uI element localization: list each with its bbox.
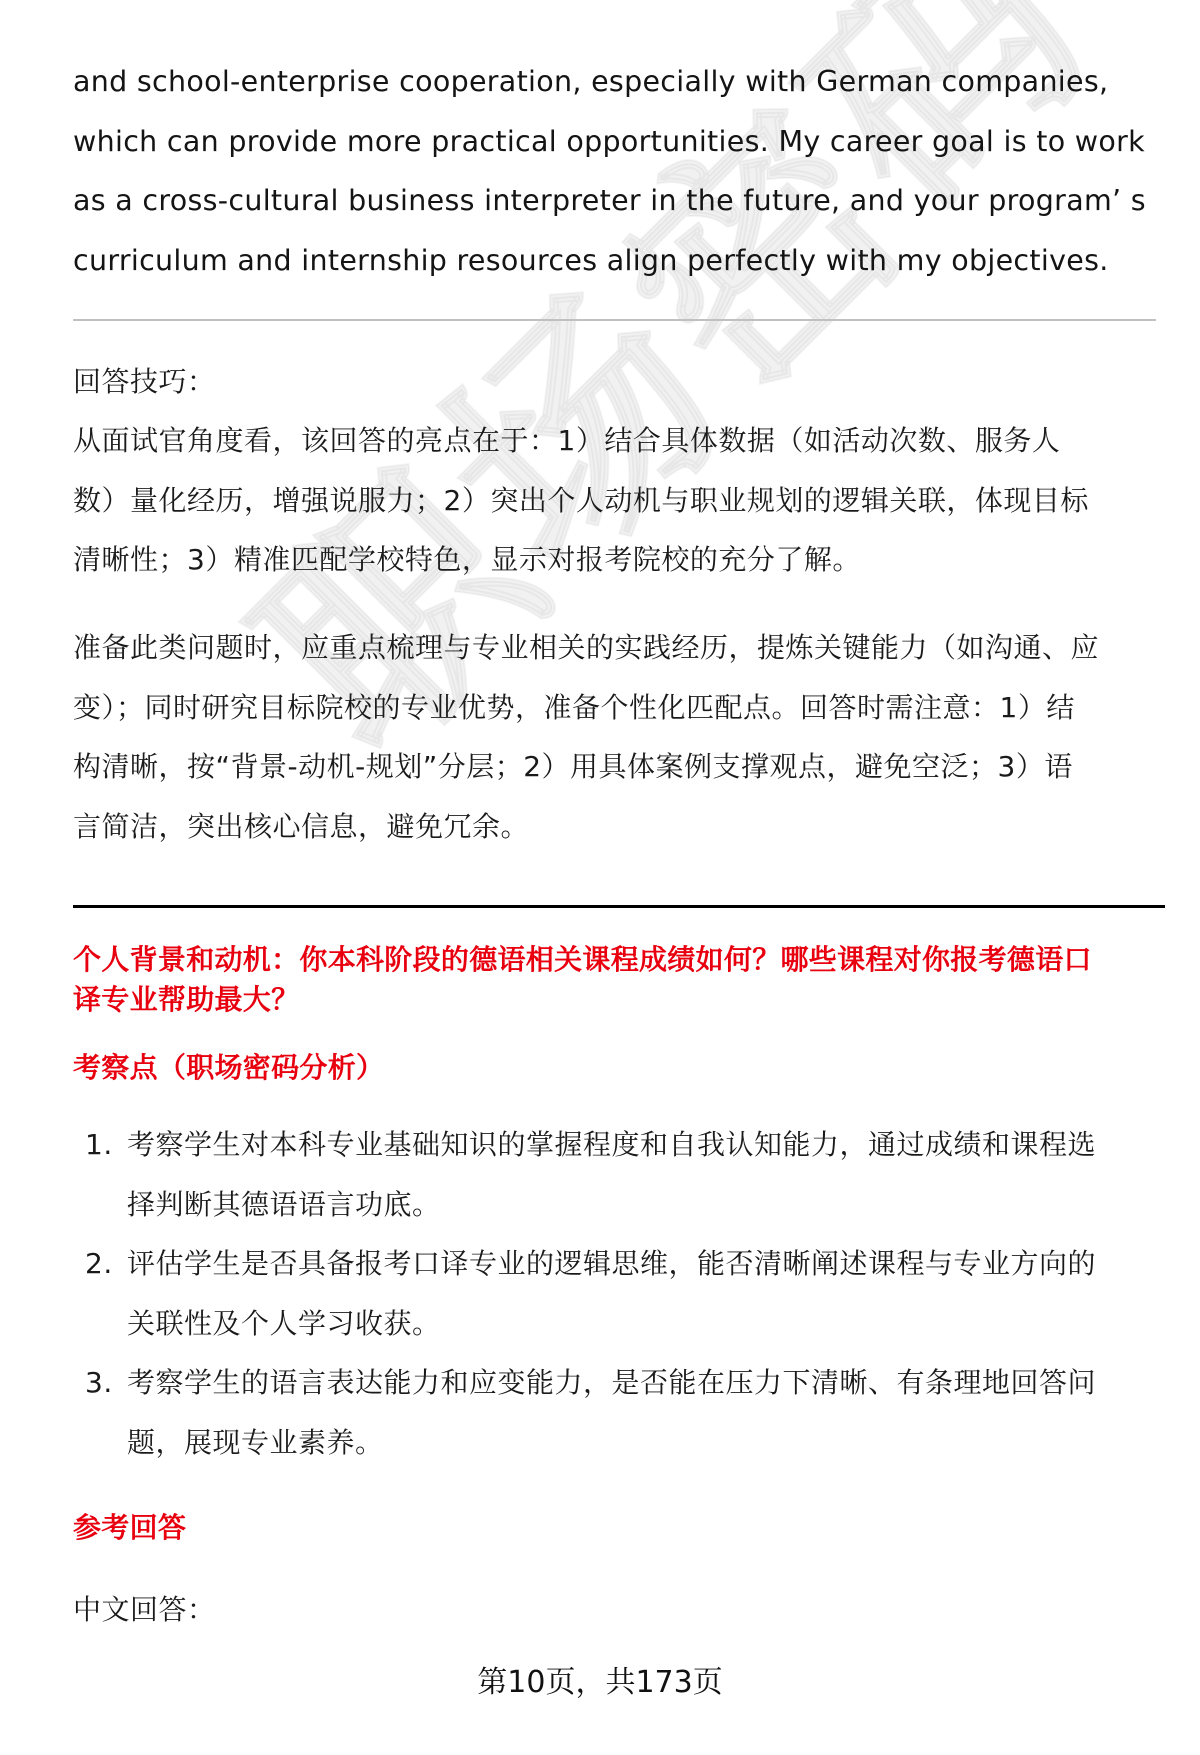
assessment-list: 1. 考察学生对本科专业基础知识的掌握程度和自我认知能力，通过成绩和课程选 择判… <box>73 1115 1165 1472</box>
reference-answer-heading: 参考回答 <box>73 1508 186 1548</box>
text-line: 从面试官角度看，该回答的亮点在于：1）结合具体数据（如活动次数、服务人 <box>73 411 1089 471</box>
tips-paragraph-2: 准备此类问题时，应重点梳理与专业相关的实践经历，提炼关键能力（如沟通、应 变）；… <box>73 618 1099 856</box>
tips-paragraph-1: 从面试官角度看，该回答的亮点在于：1）结合具体数据（如活动次数、服务人 数）量化… <box>73 411 1089 590</box>
text-line: 清晰性；3）精准匹配学校特色，显示对报考院校的充分了解。 <box>73 530 1089 590</box>
text-line: as a cross-cultural business interpreter… <box>73 171 1163 231</box>
question-divider <box>73 905 1165 908</box>
list-item: 2. 评估学生是否具备报考口译专业的逻辑思维，能否清晰阐述课程与专业方向的 关联… <box>73 1234 1165 1353</box>
text-line: 关联性及个人学习收获。 <box>127 1294 1165 1354</box>
text-line: and school-enterprise cooperation, espec… <box>73 52 1163 112</box>
text-line: 考察学生的语言表达能力和应变能力，是否能在压力下清晰、有条理地回答问 <box>127 1353 1165 1413</box>
text-line: 变）；同时研究目标院校的专业优势，准备个性化匹配点。回答时需注意：1）结 <box>73 678 1099 738</box>
text-line: 评估学生是否具备报考口译专业的逻辑思维，能否清晰阐述课程与专业方向的 <box>127 1234 1165 1294</box>
list-item: 1. 考察学生对本科专业基础知识的掌握程度和自我认知能力，通过成绩和课程选 择判… <box>73 1115 1165 1234</box>
english-answer-paragraph: and school-enterprise cooperation, espec… <box>73 52 1163 290</box>
text-line: 择判断其德语语言功底。 <box>127 1175 1165 1235</box>
question-line: 个人背景和动机：你本科阶段的德语相关课程成绩如何？哪些课程对你报考德语口 <box>73 940 1092 980</box>
list-item: 3. 考察学生的语言表达能力和应变能力，是否能在压力下清晰、有条理地回答问 题，… <box>73 1353 1165 1472</box>
text-line: 考察学生对本科专业基础知识的掌握程度和自我认知能力，通过成绩和课程选 <box>127 1115 1165 1175</box>
text-line: 言简洁，突出核心信息，避免冗余。 <box>73 797 1099 857</box>
page-indicator: 第10页，共173页 <box>0 1661 1200 1705</box>
list-number: 2. <box>85 1234 113 1294</box>
question-heading: 个人背景和动机：你本科阶段的德语相关课程成绩如何？哪些课程对你报考德语口 译专业… <box>73 940 1092 1020</box>
list-number: 3. <box>85 1353 113 1413</box>
text-line: 准备此类问题时，应重点梳理与专业相关的实践经历，提炼关键能力（如沟通、应 <box>73 618 1099 678</box>
tips-label: 回答技巧： <box>73 352 216 412</box>
text-line: curriculum and internship resources alig… <box>73 231 1163 291</box>
list-number: 1. <box>85 1115 113 1175</box>
text-line: which can provide more practical opportu… <box>73 112 1163 172</box>
text-line: 题，展现专业素养。 <box>127 1413 1165 1473</box>
text-line: 构清晰，按“背景-动机-规划”分层；2）用具体案例支撑观点，避免空泛；3）语 <box>73 737 1099 797</box>
section-divider <box>73 319 1156 321</box>
chinese-answer-label: 中文回答： <box>73 1580 216 1640</box>
question-line: 译专业帮助最大？ <box>73 980 1092 1020</box>
text-line: 数）量化经历，增强说服力；2）突出个人动机与职业规划的逻辑关联，体现目标 <box>73 471 1089 531</box>
assessment-heading: 考察点（职场密码分析） <box>73 1048 384 1088</box>
